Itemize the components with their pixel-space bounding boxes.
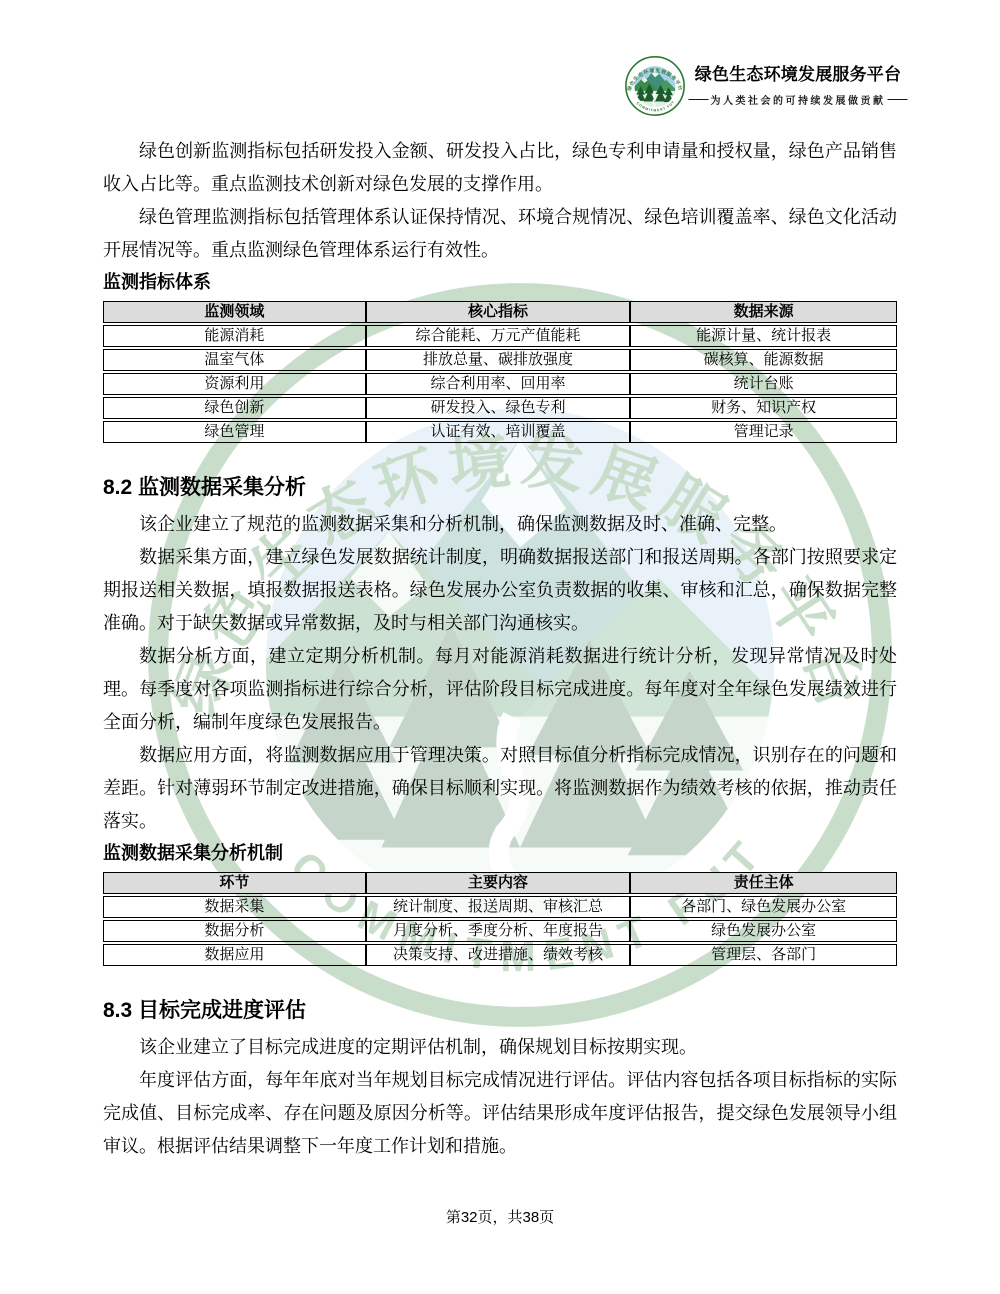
- paragraph: 数据采集方面，建立绿色发展数据统计制度，明确数据报送部门和报送周期。各部门按照要…: [103, 541, 897, 640]
- paragraph: 数据应用方面，将监测数据应用于管理决策。对照目标值分析指标完成情况，识别存在的问…: [103, 739, 897, 838]
- table-cell: 绿色管理: [103, 421, 366, 443]
- table-cell: 统计台账: [630, 373, 897, 395]
- document-body: 绿色创新监测指标包括研发投入金额、研发投入占比，绿色专利申请量和授权量，绿色产品…: [103, 135, 897, 1163]
- table-cell: 财务、知识产权: [630, 397, 897, 419]
- tagline-dash-right: ——: [888, 94, 908, 105]
- table-cell: 绿色发展办公室: [630, 920, 897, 942]
- heading-section-8-3: 8.3 目标完成进度评估: [103, 996, 897, 1026]
- table-cell: 资源利用: [103, 373, 366, 395]
- table-cell: 管理记录: [630, 421, 897, 443]
- mechanism-table: 环节 主要内容 责任主体 数据采集 统计制度、报送周期、审核汇总 各部门、绿色发…: [103, 870, 897, 968]
- table-header-row: 环节 主要内容 责任主体: [103, 872, 897, 894]
- table-header-cell: 核心指标: [366, 301, 630, 323]
- table-row: 绿色管理 认证有效、培训覆盖 管理记录: [103, 421, 897, 443]
- document-page: 绿色生态环境发展服务平台 —— 为人类社会的可持续发展做贡献 —— 绿色创新监测…: [0, 0, 1000, 1294]
- tagline-dash-left: ——: [689, 94, 709, 105]
- heading-section-8-2: 8.2 监测数据采集分析: [103, 473, 897, 503]
- paragraph: 绿色创新监测指标包括研发投入金额、研发投入占比，绿色专利申请量和授权量，绿色产品…: [103, 135, 897, 201]
- table-row: 能源消耗 综合能耗、万元产值能耗 能源计量、统计报表: [103, 325, 897, 347]
- table-cell: 研发投入、绿色专利: [366, 397, 630, 419]
- table-row: 温室气体 排放总量、碳排放强度 碳核算、能源数据: [103, 349, 897, 371]
- table-cell: 管理层、各部门: [630, 944, 897, 966]
- table-row: 数据应用 决策支持、改进措施、绩效考核 管理层、各部门: [103, 944, 897, 966]
- table-cell: 碳核算、能源数据: [630, 349, 897, 371]
- tagline-text: 为人类社会的可持续发展做贡献: [711, 92, 886, 107]
- monitoring-indicator-table: 监测领域 核心指标 数据来源 能源消耗 综合能耗、万元产值能耗 能源计量、统计报…: [103, 299, 897, 445]
- table-cell: 综合能耗、万元产值能耗: [366, 325, 630, 347]
- table-cell: 数据分析: [103, 920, 366, 942]
- page-header: 绿色生态环境发展服务平台 —— 为人类社会的可持续发展做贡献 ——: [0, 0, 1000, 135]
- heading-monitoring-system: 监测指标体系: [103, 267, 897, 297]
- table-cell: 认证有效、培训覆盖: [366, 421, 630, 443]
- paragraph: 年度评估方面，每年年底对当年规划目标完成情况进行评估。评估内容包括各项目标指标的…: [103, 1064, 897, 1163]
- brand-logo-icon: [624, 55, 686, 117]
- brand-block: 绿色生态环境发展服务平台 —— 为人类社会的可持续发展做贡献 ——: [693, 60, 903, 107]
- page-number: 第32页，共38页: [446, 1209, 554, 1226]
- paragraph: 该企业建立了目标完成进度的定期评估机制，确保规划目标按期实现。: [103, 1031, 897, 1064]
- paragraph: 绿色管理监测指标包括管理体系认证保持情况、环境合规情况、绿色培训覆盖率、绿色文化…: [103, 201, 897, 267]
- paragraph: 该企业建立了规范的监测数据采集和分析机制，确保监测数据及时、准确、完整。: [103, 508, 897, 541]
- table-header-cell: 主要内容: [366, 872, 630, 894]
- table-cell: 能源消耗: [103, 325, 366, 347]
- table-cell: 绿色创新: [103, 397, 366, 419]
- brand-tagline: —— 为人类社会的可持续发展做贡献 ——: [693, 92, 903, 107]
- table-header-cell: 责任主体: [630, 872, 897, 894]
- table-cell: 温室气体: [103, 349, 366, 371]
- table-row: 绿色创新 研发投入、绿色专利 财务、知识产权: [103, 397, 897, 419]
- table-header-cell: 环节: [103, 872, 366, 894]
- page-footer: 第32页，共38页: [0, 1206, 1000, 1227]
- table-row: 资源利用 综合利用率、回用率 统计台账: [103, 373, 897, 395]
- table-header-row: 监测领域 核心指标 数据来源: [103, 301, 897, 323]
- paragraph: 数据分析方面，建立定期分析机制。每月对能源消耗数据进行统计分析，发现异常情况及时…: [103, 640, 897, 739]
- table-cell: 统计制度、报送周期、审核汇总: [366, 896, 630, 918]
- table-header-cell: 数据来源: [630, 301, 897, 323]
- table-row: 数据分析 月度分析、季度分析、年度报告 绿色发展办公室: [103, 920, 897, 942]
- table-cell: 综合利用率、回用率: [366, 373, 630, 395]
- table-cell: 排放总量、碳排放强度: [366, 349, 630, 371]
- table-cell: 月度分析、季度分析、年度报告: [366, 920, 630, 942]
- table-row: 数据采集 统计制度、报送周期、审核汇总 各部门、绿色发展办公室: [103, 896, 897, 918]
- table-cell: 数据采集: [103, 896, 366, 918]
- table-header-cell: 监测领域: [103, 301, 366, 323]
- heading-mechanism: 监测数据采集分析机制: [103, 838, 897, 868]
- table-cell: 能源计量、统计报表: [630, 325, 897, 347]
- table-cell: 数据应用: [103, 944, 366, 966]
- table-cell: 各部门、绿色发展办公室: [630, 896, 897, 918]
- table-cell: 决策支持、改进措施、绩效考核: [366, 944, 630, 966]
- brand-title: 绿色生态环境发展服务平台: [693, 60, 903, 85]
